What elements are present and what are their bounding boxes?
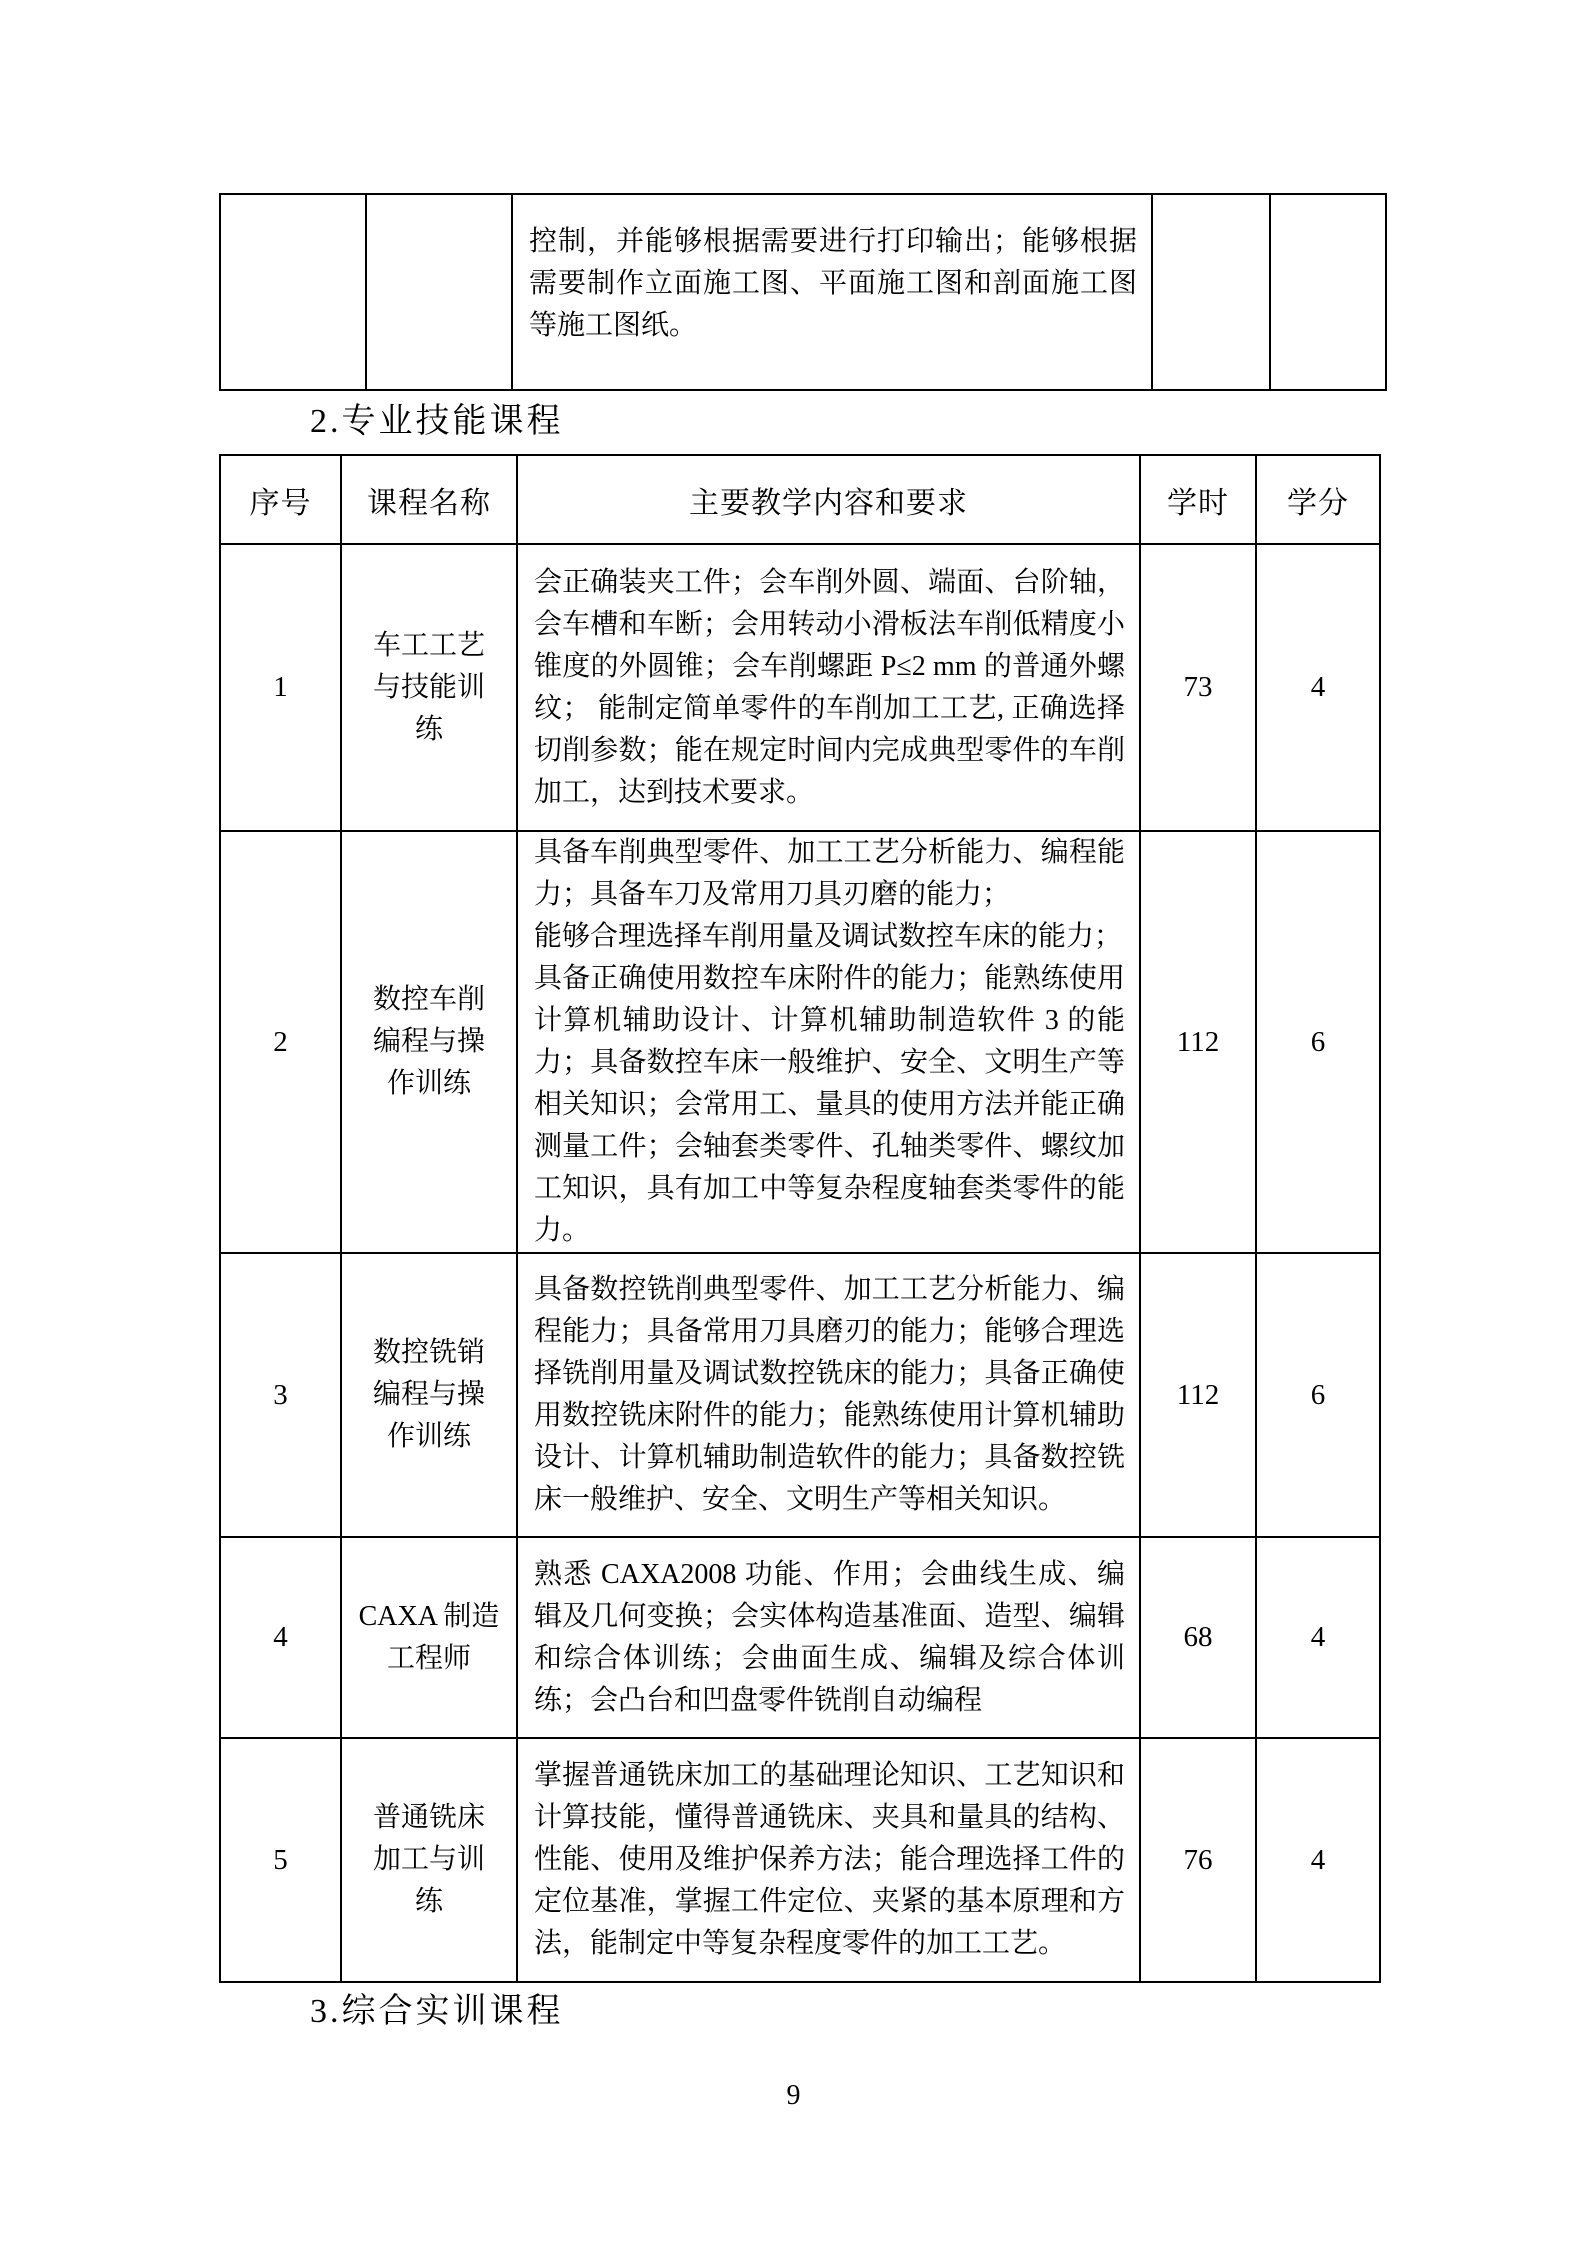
content-cell: 具备数控铣削典型零件、加工工艺分析能力、编程能力；具备常用刀具磨刃的能力；能够合… bbox=[517, 1253, 1140, 1537]
hours-cell: 76 bbox=[1140, 1738, 1256, 1982]
document-page: 控制，并能够根据需要进行打印输出；能够根据需要制作立面施工图、平面施工图和剖面施… bbox=[0, 0, 1587, 2245]
continuation-table: 控制，并能够根据需要进行打印输出；能够根据需要制作立面施工图、平面施工图和剖面施… bbox=[219, 193, 1387, 391]
content-cell: 熟悉 CAXA2008 功能、作用；会曲线生成、编辑及几何变换；会实体构造基准面… bbox=[517, 1537, 1140, 1738]
course-name-cell: 车工工艺 与技能训 练 bbox=[341, 544, 517, 831]
credits-cell: 6 bbox=[1256, 831, 1380, 1253]
credits-cell: 4 bbox=[1256, 1738, 1380, 1982]
course-name-cell: CAXA 制造 工程师 bbox=[341, 1537, 517, 1738]
credits-header: 学分 bbox=[1256, 455, 1380, 544]
content-cell: 控制，并能够根据需要进行打印输出；能够根据需要制作立面施工图、平面施工图和剖面施… bbox=[512, 194, 1152, 390]
hours-cell: 73 bbox=[1140, 544, 1256, 831]
content-header: 主要教学内容和要求 bbox=[517, 455, 1140, 544]
skills-course-table: 序号 课程名称 主要教学内容和要求 学时 学分 1 车工工艺 与技能训 练 会正… bbox=[219, 454, 1381, 1983]
credits-cell: 6 bbox=[1256, 1253, 1380, 1537]
hours-header: 学时 bbox=[1140, 455, 1256, 544]
table-row: 控制，并能够根据需要进行打印输出；能够根据需要制作立面施工图、平面施工图和剖面施… bbox=[220, 194, 1386, 390]
hours-cell: 112 bbox=[1140, 1253, 1256, 1537]
seq-cell: 1 bbox=[220, 544, 341, 831]
seq-cell: 3 bbox=[220, 1253, 341, 1537]
table-row: 5 普通铣床 加工与训 练 掌握普通铣床加工的基础理论知识、工艺知识和计算技能，… bbox=[220, 1738, 1380, 1982]
content-cell: 具备车削典型零件、加工工艺分析能力、编程能力；具备车刀及常用刀具刃磨的能力； 能… bbox=[517, 831, 1140, 1253]
table-row: 3 数控铣销 编程与操 作训练 具备数控铣削典型零件、加工工艺分析能力、编程能力… bbox=[220, 1253, 1380, 1537]
course-name-cell bbox=[366, 194, 512, 390]
hours-cell bbox=[1152, 194, 1270, 390]
page-number: 9 bbox=[0, 2080, 1587, 2112]
credits-cell: 4 bbox=[1256, 1537, 1380, 1738]
content-cell: 掌握普通铣床加工的基础理论知识、工艺知识和计算技能，懂得普通铣床、夹具和量具的结… bbox=[517, 1738, 1140, 1982]
course-name-header: 课程名称 bbox=[341, 455, 517, 544]
credits-cell: 4 bbox=[1256, 544, 1380, 831]
content-cell: 会正确装夹工件；会车削外圆、端面、台阶轴，会车槽和车断；会用转动小滑板法车削低精… bbox=[517, 544, 1140, 831]
section-heading-skill-courses: 2.专业技能课程 bbox=[310, 400, 564, 444]
course-name-cell: 数控车削 编程与操 作训练 bbox=[341, 831, 517, 1253]
hours-cell: 112 bbox=[1140, 831, 1256, 1253]
table-row: 2 数控车削 编程与操 作训练 具备车削典型零件、加工工艺分析能力、编程能力；具… bbox=[220, 831, 1380, 1253]
seq-header: 序号 bbox=[220, 455, 341, 544]
section-heading-training-courses: 3.综合实训课程 bbox=[310, 1990, 564, 2034]
seq-cell: 5 bbox=[220, 1738, 341, 1982]
hours-cell: 68 bbox=[1140, 1537, 1256, 1738]
credits-cell bbox=[1270, 194, 1386, 390]
table-row: 4 CAXA 制造 工程师 熟悉 CAXA2008 功能、作用；会曲线生成、编辑… bbox=[220, 1537, 1380, 1738]
table-row: 1 车工工艺 与技能训 练 会正确装夹工件；会车削外圆、端面、台阶轴，会车槽和车… bbox=[220, 544, 1380, 831]
seq-cell: 2 bbox=[220, 831, 341, 1253]
table-header-row: 序号 课程名称 主要教学内容和要求 学时 学分 bbox=[220, 455, 1380, 544]
seq-cell bbox=[220, 194, 366, 390]
course-name-cell: 普通铣床 加工与训 练 bbox=[341, 1738, 517, 1982]
seq-cell: 4 bbox=[220, 1537, 341, 1738]
course-name-cell: 数控铣销 编程与操 作训练 bbox=[341, 1253, 517, 1537]
